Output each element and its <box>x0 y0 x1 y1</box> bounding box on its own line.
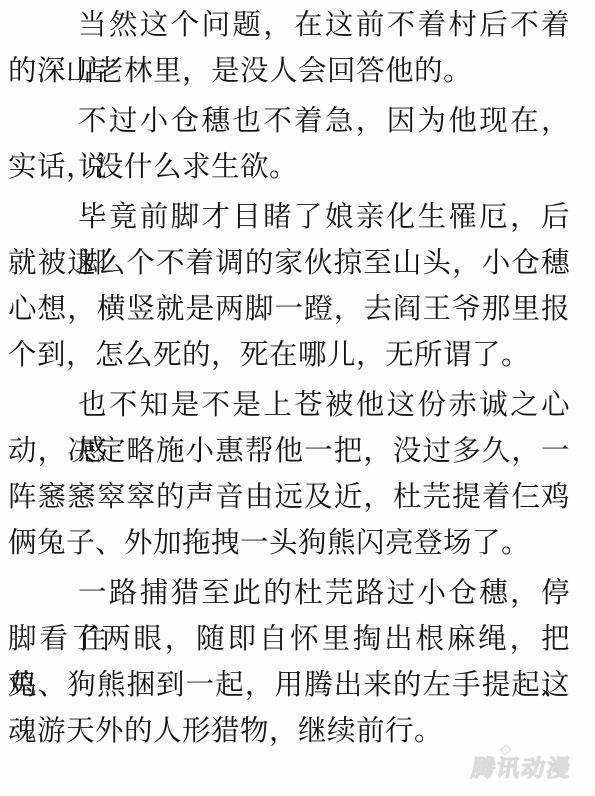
tencent-comics-watermark: 腾讯动漫 <box>469 750 574 783</box>
text-line: 阵窸窸窣窣的声音由远及近，杜芫提着仨鸡 <box>8 475 570 521</box>
text-line: 动，决定略施小惠帮他一把，没过多久，一 <box>8 429 570 475</box>
text-line: 当然这个问题，在这前不着村后不着店 <box>8 3 570 49</box>
text-line: 脚看了两眼，随即自怀里掏出根麻绳，把鸡、 <box>8 617 570 663</box>
text-block: 当然这个问题，在这前不着村后不着店 的深山老林里，是没人会回答他的。 不过小仓穗… <box>8 0 570 755</box>
text-line: 也不知是不是上苍被他这份赤诚之心感 <box>8 383 570 429</box>
watermark-text: 腾讯动漫 <box>470 755 574 781</box>
text-line: 不过小仓穗也不着急，因为他现在，说 <box>8 99 570 145</box>
paragraph: 一路捕猎至此的杜芫路过小仓穗，停住 脚看了两眼，随即自怀里掏出根麻绳，把鸡、 兔… <box>8 571 570 755</box>
text-line: 心想，横竖就是两脚一蹬，去阎王爷那里报 <box>8 287 570 333</box>
text-line: 一路捕猎至此的杜芫路过小仓穗，停住 <box>8 571 570 617</box>
text-line: 俩兔子、外加拖拽一头狗熊闪亮登场了。 <box>8 521 570 567</box>
text-line: 兔、狗熊捆到一起，用腾出来的左手提起这 <box>8 663 570 709</box>
text-line: 的深山老林里，是没人会回答他的。 <box>8 49 570 95</box>
paragraph: 毕竟前脚才目睹了娘亲化生罹厄，后脚 就被这么个不着调的家伙掠至山头，小仓穗 心想… <box>8 195 570 379</box>
text-line: 实话，没什么求生欲。 <box>8 145 570 191</box>
text-line: 毕竟前脚才目睹了娘亲化生罹厄，后脚 <box>8 195 570 241</box>
paragraph: 不过小仓穗也不着急，因为他现在，说 实话，没什么求生欲。 <box>8 99 570 191</box>
paragraph: 当然这个问题，在这前不着村后不着店 的深山老林里，是没人会回答他的。 <box>8 3 570 95</box>
text-line: 就被这么个不着调的家伙掠至山头，小仓穗 <box>8 241 570 287</box>
text-line: 个到，怎么死的，死在哪儿，无所谓了。 <box>8 333 570 379</box>
text-line: 魂游天外的人形猎物，继续前行。 <box>8 709 570 755</box>
paragraph: 也不知是不是上苍被他这份赤诚之心感 动，决定略施小惠帮他一把，没过多久，一 阵窸… <box>8 383 570 567</box>
novel-reader-page: 当然这个问题，在这前不着村后不着店 的深山老林里，是没人会回答他的。 不过小仓穗… <box>0 0 595 796</box>
